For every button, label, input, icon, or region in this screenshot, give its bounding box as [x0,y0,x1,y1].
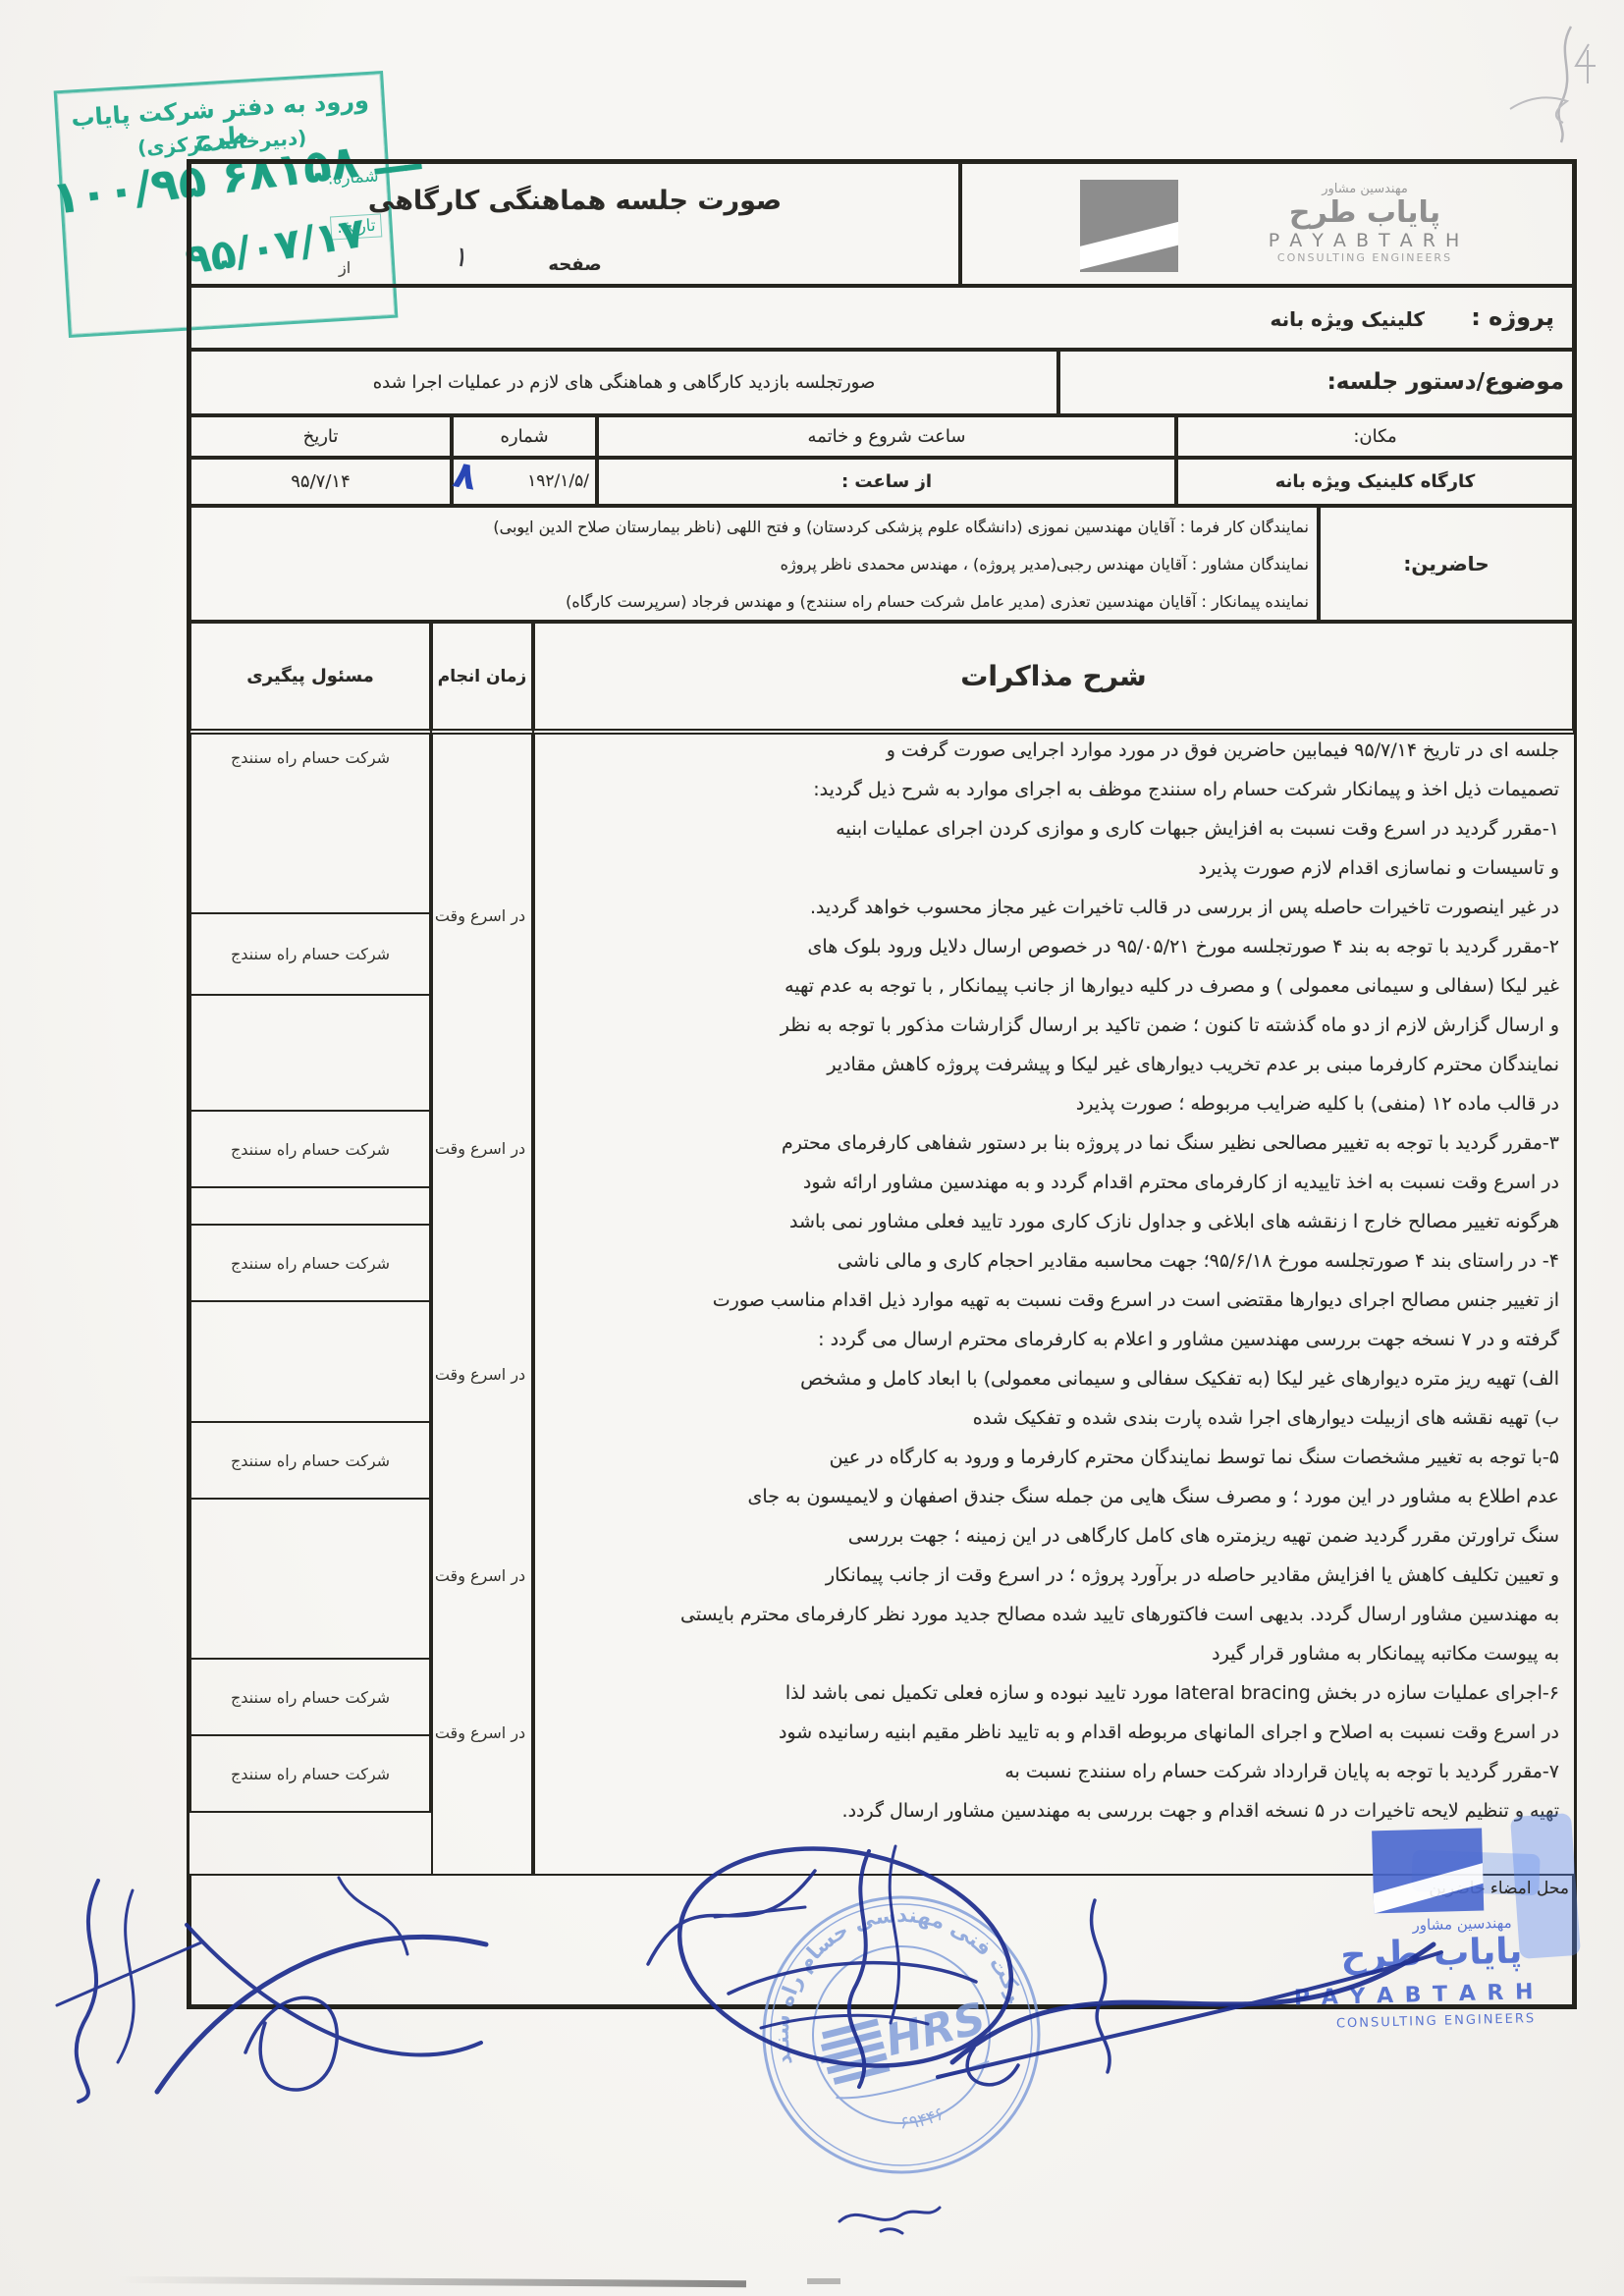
subject-label-cell: موضوع/دستور جلسه: [1058,350,1574,415]
number-value: ۱۹۲/۱/۵/ [527,471,589,491]
pencil-scribble [1453,15,1620,162]
minutes-line: در غیر اینصورت تاخیرات حاصله پس از بررسی… [538,888,1559,927]
subject-value: صورتجلسه بازدید کارگاهی و هماهنگی های لا… [373,372,876,393]
logo-en-name: P A Y A B T A R H [1227,230,1502,251]
date-value: ۹۵/۷/۱۴ [291,471,350,492]
logo-en-sub: CONSULTING ENGINEERS [1227,251,1502,264]
location-header-cell: مکان: [1176,415,1574,458]
scanned-meeting-minutes-page: ورود به دفتر شرکت پایاب طرح (دبیرخانه مر… [0,0,1624,2296]
minutes-line: الف) تهیه ریز متره دیوارهای غیر لیکا (به… [538,1359,1559,1398]
responsible-column-header: مسئول پیگیری [246,666,374,686]
location-label: مکان: [1353,426,1396,447]
minutes-line: ب) تهیه نقشه های ازبیلت دیوارهای اجرا شد… [538,1398,1559,1438]
minutes-line: ۲-مقرر گردید با توجه به بند ۴ صورتجلسه م… [538,927,1559,966]
time-column-header-cell: زمان انجام [431,622,533,735]
number-label: شماره [500,426,548,447]
responsible-cell-empty [189,1186,431,1226]
signature-scribble [952,1944,1434,2062]
attendees-line-consultant: نمایندگان مشاور : آقایان مهندس رجبی(مدیر… [781,555,1309,574]
page-of-label: از [339,258,351,277]
responsible-cell: شرکت حسام راه سنندج [189,1224,431,1302]
attendees-label-cell: حاضرین: [1319,506,1574,622]
time-value: از ساعت : [841,471,932,492]
signature-scribble [839,2208,940,2233]
location-value: کارگاه کلینیک ویژه بانه [1275,471,1476,492]
responsible-column-header-cell: مسئول پیگیری [189,622,431,735]
attendees-line-employer: نمایندگان کار فرما : آقایان مهندسین نموز… [493,518,1309,536]
minutes-line: ۳-مقرر گردید با توجه به تغییر مصالحی نظی… [538,1123,1559,1163]
minutes-line: در اسرع وقت نسبت به اصلاح و اجرای المانه… [538,1713,1559,1752]
header-logo-text: مهندسین مشاور پایاب طرح P A Y A B T A R … [1227,182,1502,264]
minutes-line: به پیوست مکاتبه پیمانکار به مشاور قرار گ… [538,1634,1559,1673]
time-note: در اسرع وقت [429,1566,531,1585]
minutes-line: و تعیین تکلیف کاهش یا افزایش مقادیر حاصل… [538,1556,1559,1595]
signature-scribble [157,1937,486,2092]
responsible-cell-empty [189,994,431,1112]
responsible-column: شرکت حسام راه سنندج شرکت حسام راه سنندج … [189,735,431,1813]
number-header-cell: شماره [452,415,597,458]
minutes-line: هرگونه تغییر مصالح خارج ا زنقشه های ابلا… [538,1202,1559,1241]
minutes-line: تصمیمات ذیل اخذ و پیمانکار شرکت حسام راه… [538,770,1559,809]
minutes-line: غیر لیکا (سفالی و سیمانی معمولی ) و مصرف… [538,966,1559,1006]
date-header-cell: تاریخ [189,415,452,458]
time-note: در اسرع وقت [429,906,531,925]
date-value-cell: ۹۵/۷/۱۴ [189,458,452,506]
minutes-line: در اسرع وقت نسبت به اخذ تاییدیه از کارفر… [538,1163,1559,1202]
project-row: پروژه : کلینیک ویژه بانه [189,286,1574,350]
form-title: صورت جلسه هماهنگی کارگاهی [191,186,958,216]
minutes-line: به مهندسین مشاور ارسال گردد. بدیهی است ف… [538,1595,1559,1634]
attendees-label: حاضرین: [1403,552,1489,575]
minutes-line: و ارسال گزارش لازم از دو ماه گذشته تا کن… [538,1006,1559,1045]
minutes-line: جلسه ای در تاریخ ۹۵/۷/۱۴ فیمابین حاضرین … [538,731,1559,770]
responsible-cell-empty [189,1498,431,1660]
time-value-cell: از ساعت : [597,458,1176,506]
location-value-cell: کارگاه کلینیک ویژه بانه [1176,458,1574,506]
responsible-cell-empty [189,1300,431,1423]
time-column-header: زمان انجام [438,667,526,686]
subject-value-cell: صورتجلسه بازدید کارگاهی و هماهنگی های لا… [189,350,1058,415]
minutes-line: و تاسیسات و نماسازی اقدام لازم صورت پذیر… [538,848,1559,888]
time-label: ساعت شروع و خاتمه [808,426,966,447]
responsible-cell: شرکت حسام راه سنندج [189,1658,431,1736]
time-note: در اسرع وقت [429,1723,531,1742]
form-header-cell: صورت جلسه هماهنگی کارگاهی صفحه ۱ از [189,162,960,286]
time-note: در اسرع وقت [429,1365,531,1384]
responsible-cell: شرکت حسام راه سنندج [189,912,431,996]
time-column: در اسرع وقت در اسرع وقت در اسرع وقت در ا… [431,735,533,1874]
time-header-cell: ساعت شروع و خاتمه [597,415,1176,458]
page-label: صفحه [191,254,958,275]
minutes-line: گرفته و در ۷ نسخه جهت بررسی مهندسین مشاو… [538,1320,1559,1359]
signature-scribble [679,1849,1011,2066]
minutes-line: ۷-مقرر گردید با توجه به پایان قرارداد شر… [538,1752,1559,1791]
payabtarh-logo-icon [1080,180,1178,272]
minutes-line: ۴- در راستای بند ۴ صورتجلسه مورخ ۹۵/۶/۱۸… [538,1241,1559,1281]
minutes-line: ۵-با توجه به تغییر مشخصات سنگ نما توسط ن… [538,1438,1559,1477]
time-note: در اسرع وقت [429,1139,531,1158]
logo-fa-name: پایاب طرح [1227,196,1502,230]
responsible-cell: شرکت حسام راه سنندج [189,1110,431,1188]
header-logo-cell: مهندسین مشاور پایاب طرح P A Y A B T A R … [960,162,1574,286]
subject-label: موضوع/دستور جلسه: [1327,369,1564,395]
responsible-cell: شرکت حسام راه سنندج [189,1421,431,1500]
attendees-content-cell: نمایندگان کار فرما : آقایان مهندسین نموز… [189,506,1319,622]
signature-scribble [849,1851,869,2087]
logo-fa-small: مهندسین مشاور [1227,182,1502,196]
minutes-line: سنگ تراورتن مقرر گردید ضمن تهیه ریزمتره … [538,1516,1559,1556]
signatures-overlay [39,1797,1591,2288]
minutes-text-block: جلسه ای در تاریخ ۹۵/۷/۱۴ فیمابین حاضرین … [538,731,1559,1831]
minutes-line: نمایندگان محترم کارفرما مبنی بر عدم تخری… [538,1045,1559,1084]
signature-scribble [648,1871,815,1964]
minutes-line: از تغییر جنس مصالح اجرای دیوارها مقتضی ا… [538,1281,1559,1320]
description-header: شرح مذاکرات [960,660,1146,692]
minutes-line: عدم اطلاع به مشاور در این مورد ؛ و مصرف … [538,1477,1559,1516]
scan-artifact [807,2278,840,2284]
minutes-line: ۱-مقرر گردید در اسرع وقت نسبت به افزایش … [538,809,1559,848]
date-label: تاریخ [303,426,339,447]
project-value: کلینیک ویژه بانه [1270,307,1425,331]
minutes-line: ۶-اجرای عملیات سازه در بخش lateral braci… [538,1673,1559,1713]
description-header-cell: شرح مذاکرات [533,622,1574,735]
attendees-line-contractor: نماینده پیمانکار : آقایان مهندسین تعذری … [566,592,1309,611]
minutes-line: در قالب ماده ۱۲ (منفی) با کلیه ضرایب مرب… [538,1084,1559,1123]
responsible-cell: شرکت حسام راه سنندج [189,733,431,914]
project-label: پروژه : [1471,303,1554,331]
